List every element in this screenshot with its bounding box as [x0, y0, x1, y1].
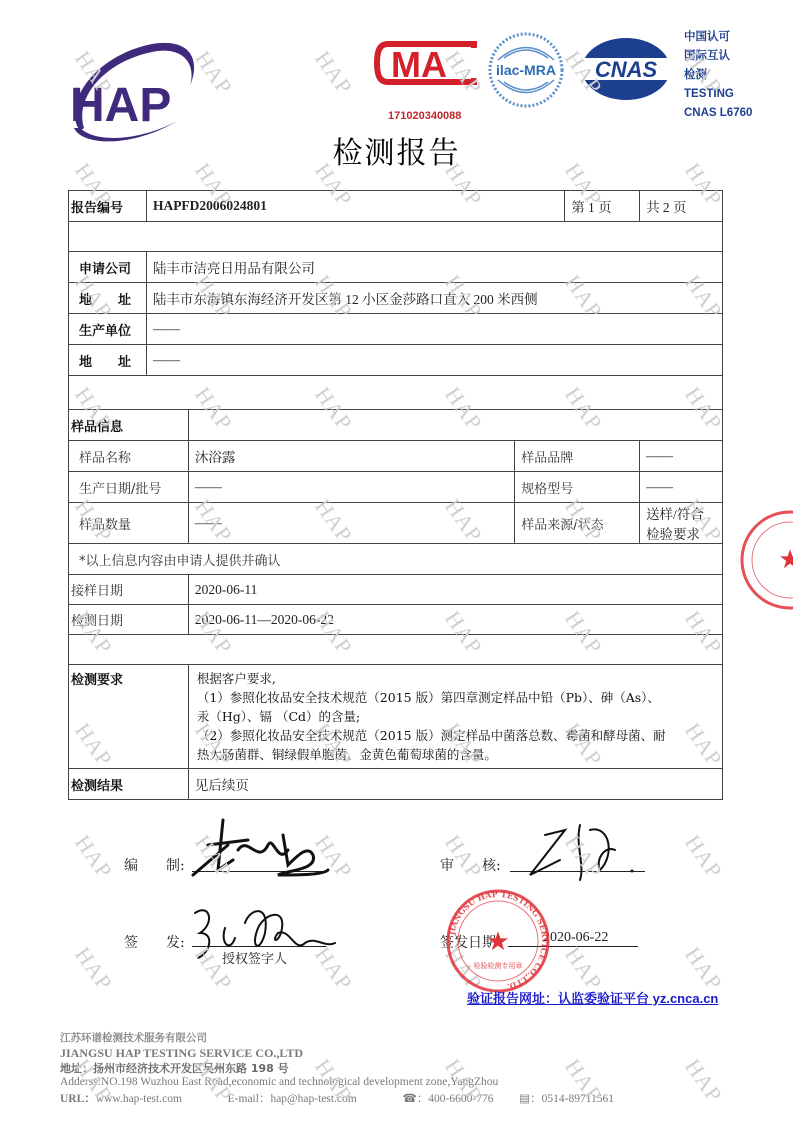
cnas-line: CNAS L6760: [684, 104, 752, 123]
producer-value: ——: [146, 314, 722, 345]
address-label: 地 址: [69, 283, 147, 314]
producer-label: 生产单位: [69, 314, 147, 345]
producer-address-value: ——: [146, 345, 722, 376]
sample-brand-value: ——: [640, 441, 723, 472]
report-table: 报告编号 HAPFD2006024801 第 1 页 共 2 页 申请公司 陆丰…: [68, 190, 723, 800]
result-value: 见后续页: [188, 769, 722, 800]
compiler-label: 编 制:: [124, 855, 185, 875]
issuer-caption: 授权签字人: [222, 948, 287, 967]
report-number-row: 报告编号 HAPFD2006024801 第 1 页 共 2 页: [69, 191, 723, 222]
watermark: HAP: [69, 830, 117, 883]
svg-text:ilac-MRA: ilac-MRA: [496, 62, 556, 78]
svg-text:CNAS: CNAS: [595, 57, 658, 82]
sample-row: 样品名称 沐浴露 样品品牌 ——: [69, 441, 723, 472]
result-label: 检测结果: [69, 769, 189, 800]
sample-source-value: 送样/符合检验要求: [640, 503, 723, 544]
spec-model-label: 规格型号: [515, 472, 640, 503]
report-number-label: 报告编号: [69, 191, 147, 222]
applicant-value: 陆丰市洁亮日用品有限公司: [146, 252, 722, 283]
sample-name-value: 沐浴露: [188, 441, 514, 472]
cnas-accreditation-text: 中国认可 国际互认 检测 TESTING CNAS L6760: [684, 28, 752, 123]
address-value: 陆丰市东海镇东海经济开发区第 12 小区金莎路口直入 200 米西侧: [146, 283, 722, 314]
watermark: HAP: [69, 942, 117, 995]
cnas-logo: CNAS: [580, 36, 672, 102]
svg-text:HAP: HAP: [70, 79, 171, 132]
sample-row: 样品数量 —— 样品来源/状态 送样/符合检验要求: [69, 503, 723, 544]
sample-row: 生产日期/批号 —— 规格型号 ——: [69, 472, 723, 503]
spec-model-value: ——: [640, 472, 723, 503]
test-date-value: 2020-06-11—2020-06-22: [188, 605, 722, 635]
requirement-line: 热大肠菌群、铜绿假单胞菌、金黄色葡萄球菌的含量。: [197, 745, 714, 764]
test-date-label: 检测日期: [69, 605, 189, 635]
watermark: HAP: [679, 830, 727, 883]
footer-contact: URL：www.hap-test.com E-mail：hap@hap-test…: [60, 1090, 660, 1106]
svg-text:MA: MA: [391, 44, 447, 85]
reviewer-label: 审 核:: [440, 855, 501, 875]
footer-company-en: JIANGSU HAP TESTING SERVICE CO.,LTD: [60, 1046, 303, 1061]
cma-number: 171020340088: [388, 110, 461, 122]
sample-quantity-value: ——: [188, 503, 514, 544]
sample-note: *以上信息内容由申请人提供并确认: [69, 544, 723, 575]
page-title: 检测报告: [0, 128, 793, 172]
issuer-label: 签 发:: [124, 932, 185, 952]
issue-date-value: 2020-06-22: [543, 930, 608, 946]
footer-company-cn: 江苏环谱检测技术服务有限公司: [60, 1030, 207, 1045]
cnas-line: 中国认可: [684, 28, 752, 47]
received-date-value: 2020-06-11: [188, 575, 722, 605]
production-date-value: ——: [188, 472, 514, 503]
requirements-text: 根据客户要求, （1）参照化妆品安全技术规范（2015 版）第四章测定样品中铅（…: [188, 665, 722, 769]
official-seal-stamp: JIANGSU HAP TESTING SERVICE CO.,LTD. ★ 检…: [445, 888, 551, 994]
sample-source-label: 样品来源/状态: [515, 503, 640, 544]
producer-address-label: 地 址: [69, 345, 147, 376]
cnas-line: TESTING: [684, 85, 752, 104]
phone-icon: ☎: [402, 1093, 416, 1105]
url-link[interactable]: www.hap-test.com: [96, 1093, 182, 1105]
cnas-line: 检测: [684, 66, 752, 85]
email-link[interactable]: hap@hap-test.com: [270, 1093, 356, 1105]
svg-text:★: ★: [486, 927, 509, 957]
phone-number: ：400-6600-776: [417, 1093, 494, 1105]
verify-report-link[interactable]: 验证报告网址：认监委验证平台 yz.cnca.cn: [467, 988, 718, 1007]
blank-row: [69, 635, 723, 665]
sample-section-blank: [188, 410, 722, 441]
svg-text:★: ★: [778, 545, 793, 575]
blank-row: [69, 222, 723, 252]
fax-number: ：0514-89711561: [530, 1093, 614, 1105]
email-label: E-mail：: [228, 1093, 271, 1105]
reviewer-signature: [520, 815, 640, 885]
ilac-mra-logo: ilac-MRA: [486, 30, 566, 110]
applicant-label: 申请公司: [69, 252, 147, 283]
url-label: URL：: [60, 1093, 96, 1105]
requirement-line: （2）参照化妆品安全技术规范（2015 版）测定样品中菌落总数、霉菌和酵母菌、耐: [197, 726, 714, 745]
footer-address-cn: 地址：扬州市经济技术开发区吴州东路 198 号: [60, 1060, 289, 1076]
sample-name-label: 样品名称: [69, 441, 189, 472]
requirement-line: （1）参照化妆品安全技术规范（2015 版）第四章测定样品中铅（Pb）、砷（As…: [197, 688, 714, 707]
seal-stamp-partial: ★: [738, 508, 793, 612]
requirements-label: 检测要求: [69, 665, 189, 769]
sample-quantity-label: 样品数量: [69, 503, 189, 544]
cnas-line: 国际互认: [684, 47, 752, 66]
watermark: HAP: [309, 46, 357, 99]
requirement-line: 汞（Hg）、镉 （Cd）的含量;: [197, 707, 714, 726]
fax-icon: ▤: [519, 1093, 530, 1105]
production-date-label: 生产日期/批号: [69, 472, 189, 503]
page-current: 第 1 页: [565, 191, 640, 222]
footer-address-en: Adderss:NO.198 Wuzhou East Road,economic…: [60, 1076, 498, 1088]
compiler-signature: [188, 815, 338, 885]
page-total: 共 2 页: [640, 191, 723, 222]
report-number-value: HAPFD2006024801: [146, 191, 564, 222]
blank-row: [69, 376, 723, 410]
svg-text:检验检测专用章: 检验检测专用章: [474, 961, 523, 970]
sample-brand-label: 样品品牌: [515, 441, 640, 472]
sample-section-label: 样品信息: [69, 410, 189, 441]
received-date-label: 接样日期: [69, 575, 189, 605]
cma-logo: MA: [374, 40, 478, 86]
requirement-line: 根据客户要求,: [197, 669, 714, 688]
watermark: HAP: [679, 1054, 727, 1107]
